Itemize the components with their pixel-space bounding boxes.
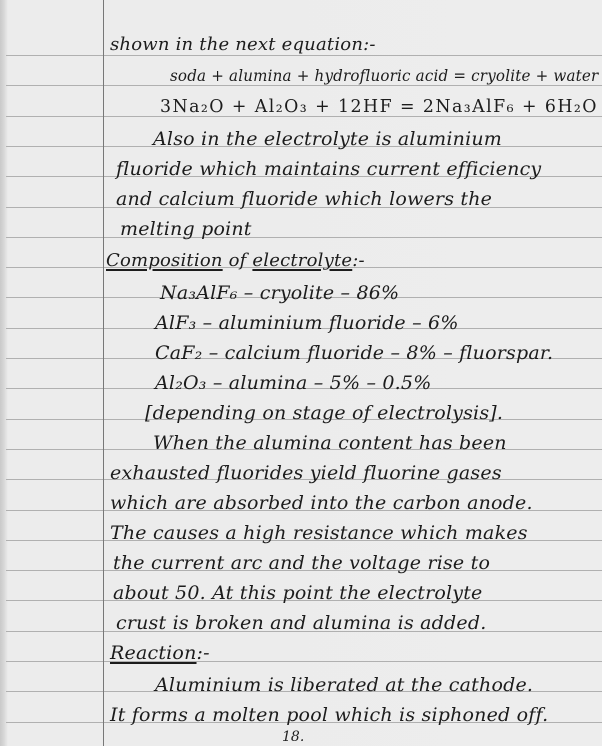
notebook-page: shown in the next equation:- soda + alum… — [0, 0, 602, 746]
text-line: Also in the electrolyte is aluminium — [153, 128, 502, 150]
heading-word: electrolyte — [252, 250, 352, 271]
heading-suffix: :- — [197, 642, 210, 664]
heading-word: of — [223, 250, 253, 271]
text-line: about 50. At this point the electrolyte — [113, 582, 483, 604]
heading-suffix: :- — [352, 250, 365, 271]
heading-word: Reaction — [110, 642, 197, 664]
text-line: shown in the next equation:- — [110, 34, 376, 55]
margin-line — [103, 0, 104, 746]
text-line: It forms a molten pool which is siphoned… — [110, 704, 548, 726]
section-heading-reaction: Reaction:- — [110, 642, 210, 664]
text-line: The causes a high resistance which makes — [110, 522, 528, 544]
text-line: fluoride which maintains current efficie… — [116, 158, 541, 180]
text-line: the current arc and the voltage rise to — [113, 552, 490, 574]
text-line: exhausted fluorides yield fluorine gases — [110, 462, 502, 484]
section-heading-composition: Composition of electrolyte:- — [106, 250, 365, 271]
composition-item: Na₃AlF₆ – cryolite – 86% — [160, 282, 399, 304]
ruled-line — [6, 661, 602, 662]
ruled-line — [6, 237, 602, 238]
text-line: and calcium fluoride which lowers the — [116, 188, 492, 210]
composition-item: AlF₃ – aluminium fluoride – 6% — [155, 312, 459, 334]
text-line: which are absorbed into the carbon anode… — [110, 492, 533, 514]
heading-word: Composition — [106, 250, 223, 271]
text-line: crust is broken and alumina is added. — [116, 612, 486, 634]
composition-item: Al₂O₃ – alumina – 5% – 0.5% — [155, 372, 431, 394]
page-number: 18. — [282, 729, 304, 745]
chemical-equation: 3Na₂O + Al₂O₃ + 12HF = 2Na₃AlF₆ + 6H₂O — [160, 96, 598, 117]
text-line: When the alumina content has been — [153, 432, 507, 454]
text-line: melting point — [120, 218, 252, 240]
text-line: Aluminium is liberated at the cathode. — [155, 674, 533, 696]
ruled-line — [6, 55, 602, 56]
word-equation: soda + alumina + hydrofluoric acid = cry… — [170, 66, 598, 85]
ruled-line — [6, 85, 602, 86]
composition-item: CaF₂ – calcium fluoride – 8% – fluorspar… — [155, 342, 553, 364]
text-line: [depending on stage of electrolysis]. — [145, 402, 503, 424]
